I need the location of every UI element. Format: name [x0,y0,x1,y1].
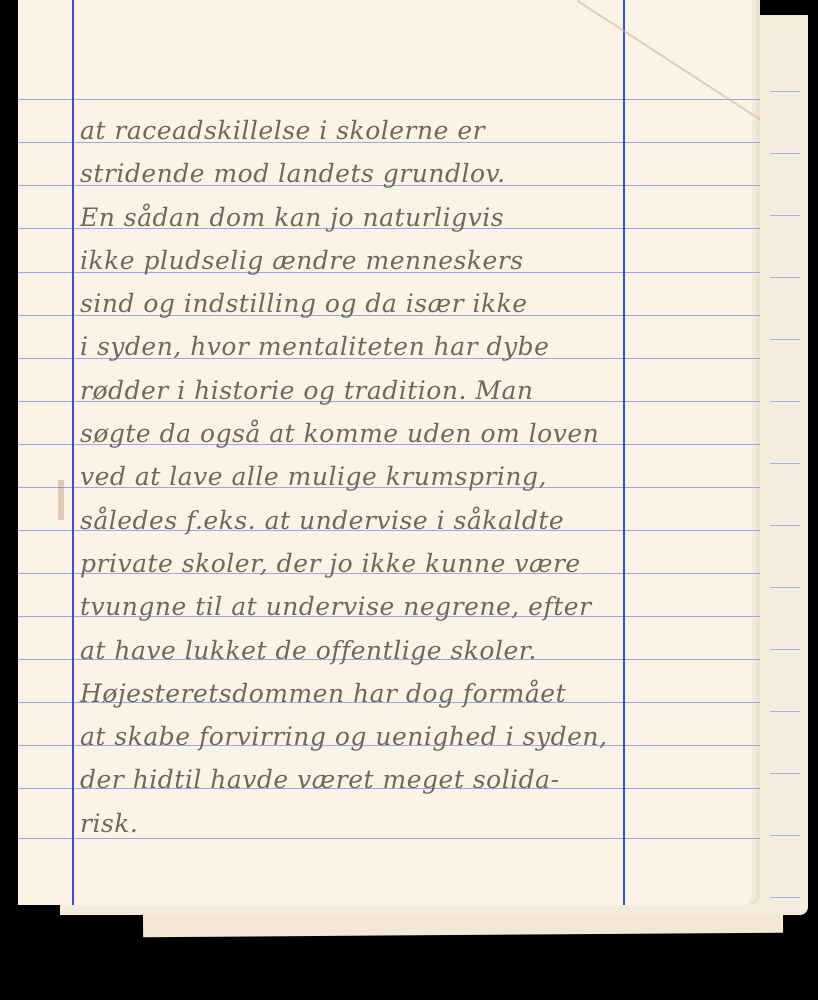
text-line: Højesteretsdommen har dog formået [80,679,640,722]
text-line: risk. [80,809,640,852]
text-line: søgte da også at komme uden om loven [80,419,640,462]
page-edge-strip [770,30,800,910]
text-line: stridende mod landets grundlov. [80,159,640,202]
text-line: at raceadskillelse i skolerne er [80,116,640,159]
notebook-page: at raceadskillelse i skolerne er striden… [18,0,760,905]
handwritten-text: at raceadskillelse i skolerne er striden… [80,116,640,852]
edge-stain [58,480,64,520]
ruled-line [18,99,760,100]
text-line: at skabe forvirring og uenighed i syden, [80,722,640,765]
text-line: En sådan dom kan jo naturligvis [80,203,640,246]
text-line: i syden, hvor mentaliteten har dybe [80,332,640,375]
left-margin-line [72,0,74,905]
text-line: tvungne til at undervise negrene, efter [80,592,640,635]
text-line: private skoler, der jo ikke kunne være [80,549,640,592]
text-line: at have lukket de offentlige skoler. [80,636,640,679]
text-line: sind og indstilling og da især ikke [80,289,640,332]
text-line: således f.eks. at undervise i såkaldte [80,506,640,549]
text-line: rødder i historie og tradition. Man [80,376,640,419]
text-line: ved at lave alle mulige krumspring, [80,462,640,505]
text-line: der hidtil havde været meget solida- [80,765,640,808]
text-line: ikke pludselig ændre menneskers [80,246,640,289]
